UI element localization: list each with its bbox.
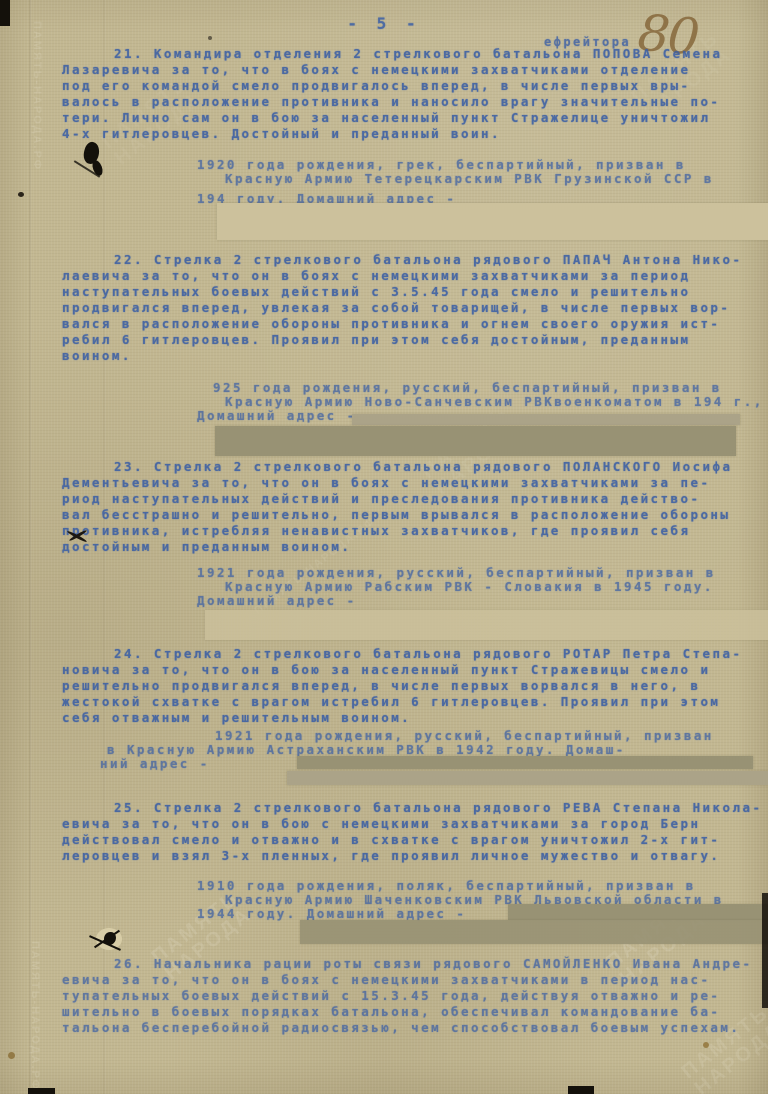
redaction-bar [508, 904, 768, 920]
watermark-site-text: ПАМЯТЬ-НАРОДА.РФ [31, 21, 43, 171]
typed-line: тупательных боевых действий с 15.3.45 го… [62, 988, 752, 1004]
redaction-bar [300, 920, 768, 944]
typed-line: тери. Лично сам он в бою за населенный п… [62, 110, 752, 126]
stain [8, 1052, 15, 1059]
typed-line: тальона бесперебойной радиосвязью, чем с… [62, 1020, 752, 1036]
service-record-23: 1921 года рождения, русский, беспартийны… [197, 565, 716, 607]
scan-edge [28, 1088, 55, 1094]
typed-line: продвигался вперед, увлекая за собой тов… [62, 300, 752, 316]
document-page-scan: ПАМЯТЬНАРОДА ПАМЯТЬНАРОДА ПАМЯТЬНАРОДА П… [0, 0, 768, 1094]
typed-line: валось в расположение противника и нанос… [62, 94, 752, 110]
redaction-bar [297, 756, 753, 769]
typed-line: 925 года рождения, русский, беспартийный… [197, 380, 764, 394]
typed-line: вался в расположение обороны противника … [62, 316, 752, 332]
typed-line: риод наступательных действий и преследов… [62, 491, 752, 507]
typed-line: 25. Стрелка 2 стрелкового батальона рядо… [62, 800, 752, 816]
typed-line: себя отважным и решительным воином. [62, 710, 752, 726]
typed-line: Дементьевича за то, что он в боях с неме… [62, 475, 752, 491]
award-paragraph-25: 25. Стрелка 2 стрелкового батальона рядо… [62, 800, 752, 864]
typed-line: Лазаревича за то, что в боях с немецкими… [62, 62, 752, 78]
typed-line: наступательных боевых действий с 3.5.45 … [62, 284, 752, 300]
fold-crease [29, 0, 32, 1094]
typed-line: леровцев и взял 3-х пленных, где проявил… [62, 848, 752, 864]
typed-line: евича за то, что он в бою с немецкими за… [62, 816, 752, 832]
typed-line: 26. Начальника рации роты связи рядового… [62, 956, 752, 972]
typed-line: 1921 года рождения, русский, беспартийны… [197, 565, 716, 579]
typed-line: евича за то, что он в боях с немецкими з… [62, 972, 752, 988]
redaction-bar [352, 414, 740, 425]
ink-speck [208, 36, 212, 40]
typed-line: 1920 года рождения, грек, беспартийный, … [197, 157, 714, 171]
typed-line: решительно продвигался вперед, в числе п… [62, 678, 752, 694]
redaction-bar [217, 203, 768, 240]
typed-line: шительно в боевых порядках батальона, об… [62, 1004, 752, 1020]
typed-line: новича за то, что он в бою за населенный… [62, 662, 752, 678]
typed-line: воином. [62, 348, 752, 364]
typed-line: ребил 6 гитлеровцев. Проявил при этом се… [62, 332, 752, 348]
typed-line: Красную Армию Тетерецкарским РВК Грузинс… [197, 171, 714, 185]
typed-line: под его командой смело продвигалось впер… [62, 78, 752, 94]
typed-line: противника, истребляя ненавистных захват… [62, 523, 752, 539]
typed-line: 22. Стрелка 2 стрелкового батальона рядо… [62, 252, 752, 268]
award-paragraph-26: 26. Начальника рации роты связи рядового… [62, 956, 752, 1036]
scan-edge [762, 893, 768, 1008]
scan-edge [0, 0, 10, 26]
typed-line: Домашний адрес - [197, 593, 716, 607]
typed-line: вал бесстрашно и решительно, первым врыв… [62, 507, 752, 523]
typed-line: 1910 года рождения, поляк, беспартийный,… [197, 878, 724, 892]
typed-line: лаевича за то, что он в боях с немецкими… [62, 268, 752, 284]
typed-line: Красную Армию Рабским РВК - Словакия в 1… [197, 579, 716, 593]
award-paragraph-21: 21. Командира отделения 2 стрелкового ба… [62, 46, 752, 142]
typed-line: 1921 года рождения, русский, беспартийны… [100, 728, 714, 742]
typed-line: достойным и преданным воином. [62, 539, 752, 555]
redaction-bar [287, 771, 768, 785]
service-record-21: 1920 года рождения, грек, беспартийный, … [197, 157, 714, 205]
typed-line: 24. Стрелка 2 стрелкового батальона рядо… [62, 646, 752, 662]
award-paragraph-24: 24. Стрелка 2 стрелкового батальона рядо… [62, 646, 752, 726]
redaction-bar [215, 426, 736, 456]
typed-line: 21. Командира отделения 2 стрелкового ба… [62, 46, 752, 62]
stain [703, 1042, 709, 1048]
typed-line: Красную Армию Ново-Санчевским РВКвоенком… [197, 394, 764, 408]
typed-line: действовал смело и отважно и в схватке с… [62, 832, 752, 848]
ink-speck [18, 192, 24, 197]
award-paragraph-22: 22. Стрелка 2 стрелкового батальона рядо… [62, 252, 752, 364]
typed-line: жестокой схватке с врагом истребил 6 гит… [62, 694, 752, 710]
typed-line: в Красную Армию Астраханским РВК в 1942 … [100, 742, 714, 756]
typed-line: 23. Стрелка 2 стрелкового батальона рядо… [62, 459, 752, 475]
redaction-bar [205, 610, 768, 640]
award-paragraph-23: 23. Стрелка 2 стрелкового батальона рядо… [62, 459, 752, 555]
typed-line: 4-х гитлеровцев. Достойный и преданный в… [62, 126, 752, 142]
scan-edge [568, 1086, 594, 1094]
